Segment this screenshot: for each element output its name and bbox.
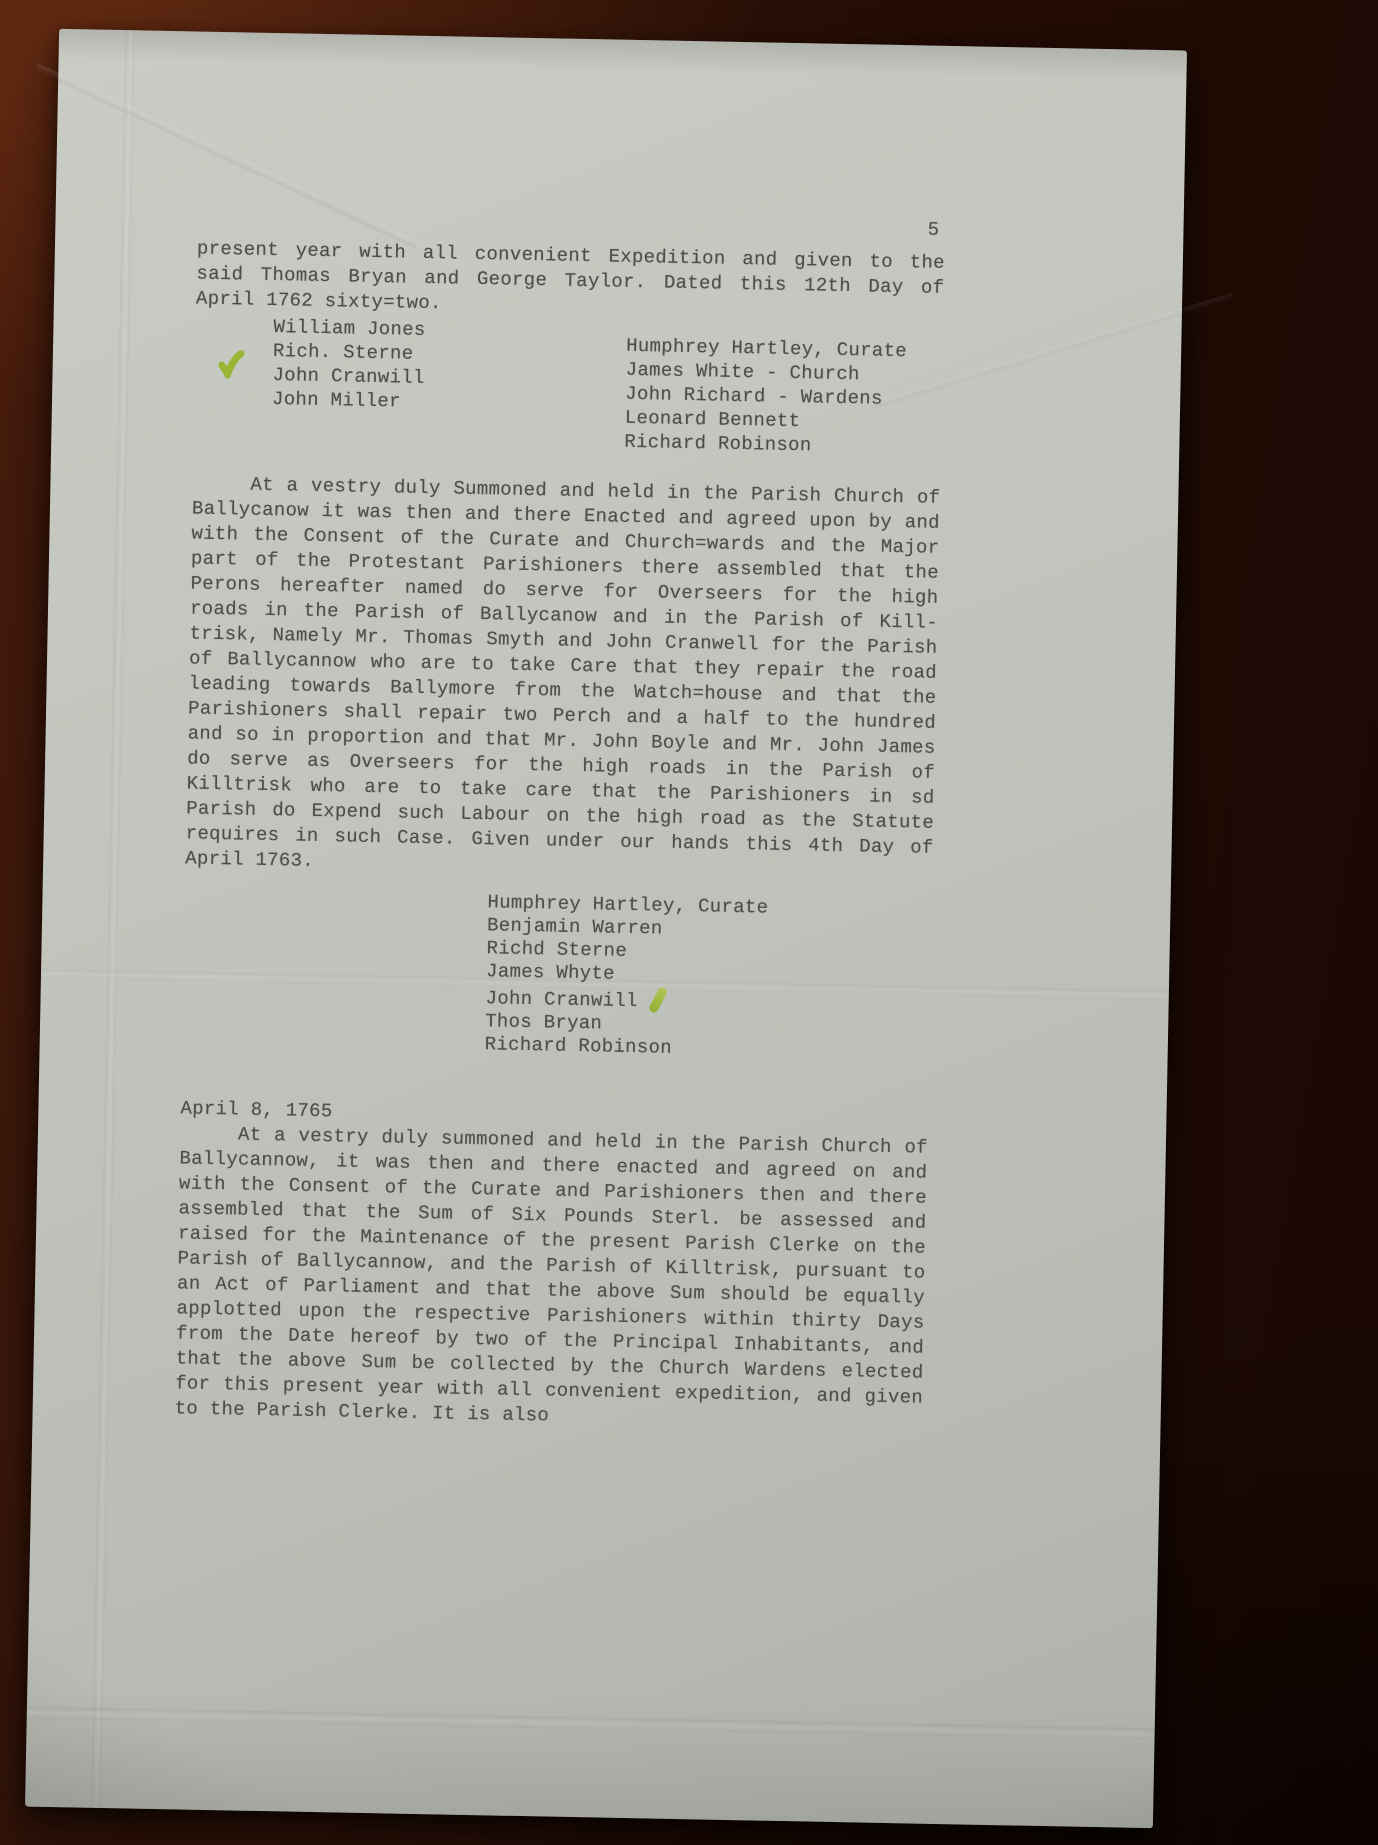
- page-number: 5: [197, 204, 945, 243]
- signature-name: John Cranwill: [272, 363, 425, 390]
- signature-name: William Jones: [273, 315, 426, 342]
- highlighter-check-icon: [218, 350, 245, 378]
- photo-of-document: 5 present year with all convenient Exped…: [0, 0, 1378, 1845]
- paper-crease: [27, 1707, 1155, 1741]
- typewritten-content: 5 present year with all convenient Exped…: [174, 32, 949, 1436]
- document-page: 5 present year with all convenient Exped…: [25, 29, 1187, 1828]
- paper-crease: [91, 30, 135, 1808]
- signature-name: Rich. Sterne: [273, 339, 426, 366]
- continuation-paragraph: present year with all convenient Expedit…: [196, 237, 945, 326]
- signature-column-left: William Jones Rich. Sterne John Cranwill…: [272, 315, 426, 414]
- signature-list-1763: Humphrey Hartley, Curate Benjamin Warren…: [485, 891, 933, 1065]
- vestry-1765-paragraph: At a vestry duly summoned and held in th…: [174, 1121, 928, 1435]
- vestry-1763-paragraph: At a vestry duly Summoned and held in th…: [185, 472, 941, 886]
- signature-name: Richard Robinson: [624, 430, 905, 459]
- signature-column-right: Humphrey Hartley, Curate James White - C…: [624, 334, 907, 459]
- signature-block-1762: William Jones Rich. Sterne John Cranwill…: [194, 314, 944, 424]
- highlighter-check-icon: [648, 986, 669, 1014]
- signature-name: John Miller: [272, 387, 425, 414]
- signature-name-text: John Cranwill: [485, 987, 638, 1012]
